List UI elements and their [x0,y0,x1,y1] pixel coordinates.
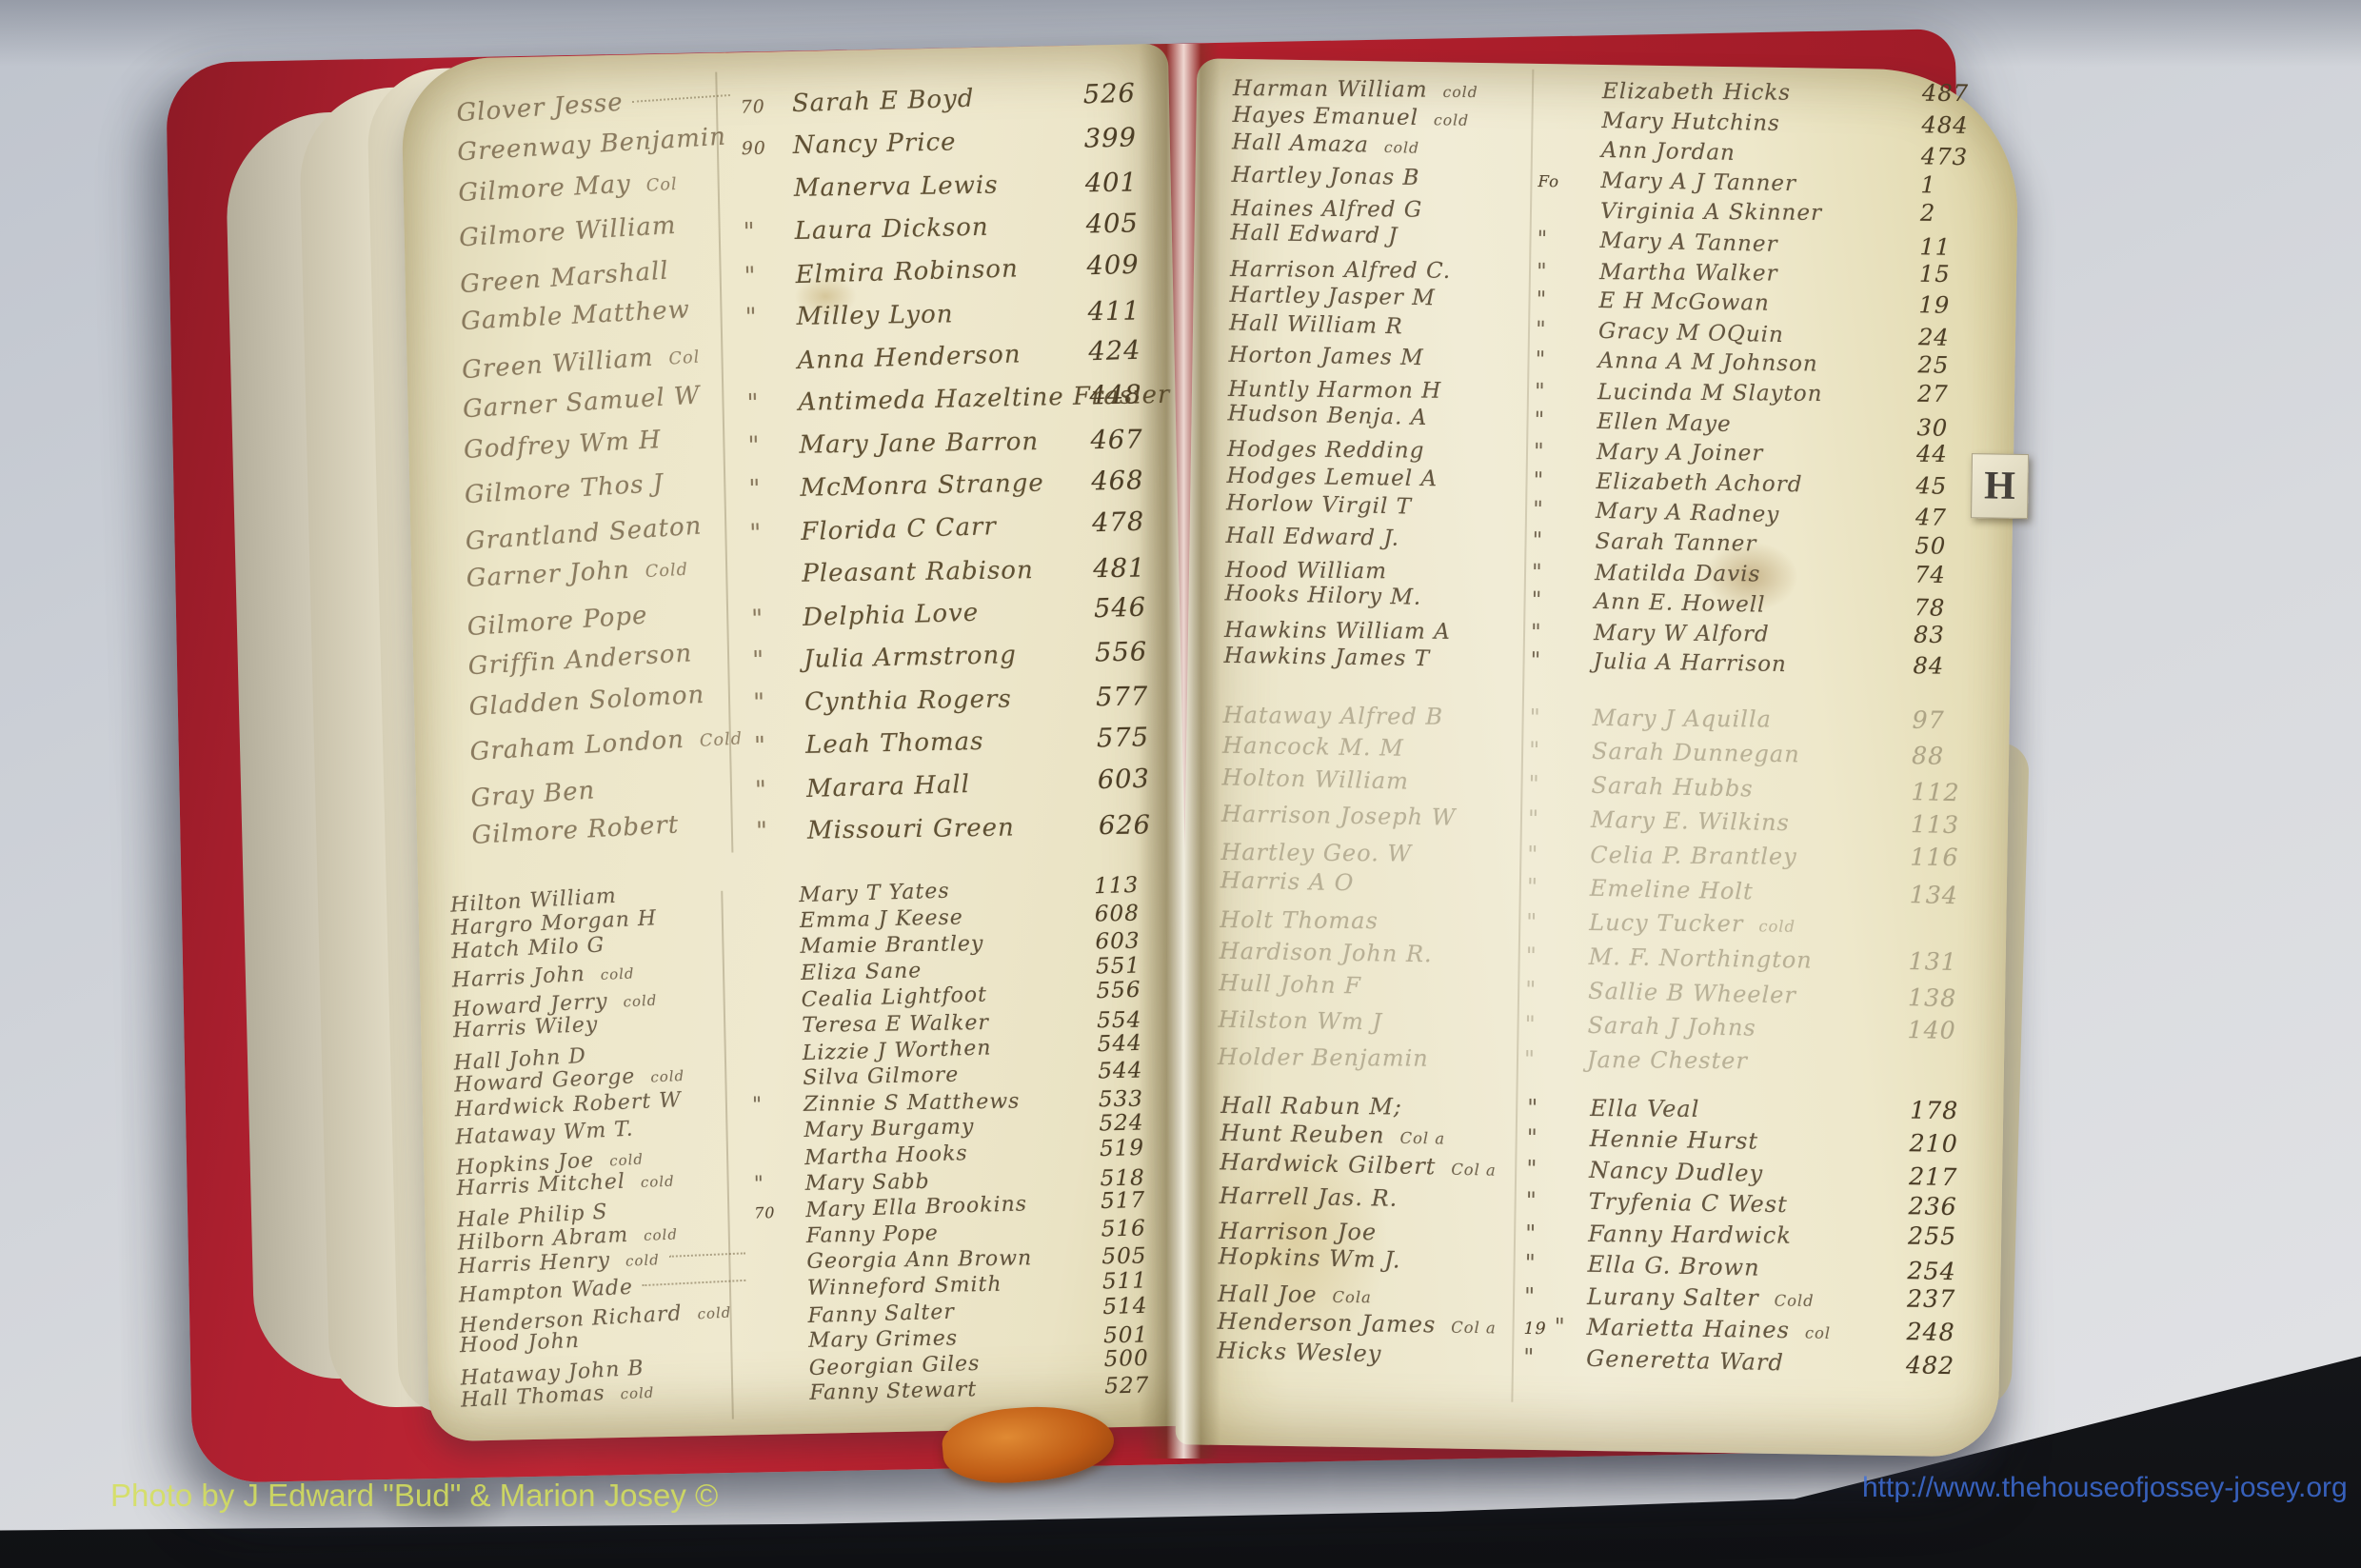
groom-name: Hopkins Wm J. [1218,1244,1400,1271]
groom-name: Hardwick Gilbert [1220,1150,1437,1178]
bride-cell: E H McGowan [1598,290,1918,317]
bride-name: Martha Hooks [804,1143,968,1169]
bride-cell: Virginia A Skinner [1600,201,1920,226]
bride-cell: Mary A J Tanner [1600,170,1920,197]
bride-name: Missouri Green [807,815,1015,843]
race-annotation: col [1805,1325,1831,1341]
groom-cell: Hunt ReubenCol a [1220,1121,1527,1149]
groom-name: Horlow Virgil T [1226,493,1412,519]
race-annotation: Cold [1775,1294,1815,1310]
groom-name: Hartley Geo. W [1220,841,1412,865]
groom-name: Hancock M. M [1222,734,1404,760]
bride-name: Matilda Davis [1595,563,1760,586]
bride-cell: Mary T Yates [799,877,1095,906]
groom-cell: Hardwick GilbertCol a [1220,1150,1526,1180]
groom-name: Gilmore May [458,171,632,206]
bride-cell: Lucinda M Slayton [1597,382,1917,407]
ditto-column: " [1528,772,1592,796]
bride-cell: McMonra Strange [800,470,1091,501]
bride-cell: Gracy M OQuin [1598,321,1918,349]
page-number: 78 [1914,596,2000,621]
bride-name: Emma J Keese [800,907,963,932]
groom-name: Hataway Alfred B [1223,704,1444,728]
groom-name: Garner John [466,558,630,591]
ditto-column [750,1032,802,1033]
ditto-mark: " [1530,650,1541,672]
ditto-mark: " [1554,1315,1565,1338]
bride-name: Mamie Brantley [800,934,983,958]
bride-cell: Ann Jordan [1601,140,1921,169]
ditto-mark: " [1526,1157,1538,1180]
bride-cell: Martha Hooks [804,1140,1101,1169]
ditto-column: " [748,476,801,502]
groom-cell: Hall JoeCola [1218,1282,1524,1308]
groom-name: Hall Edward J [1230,222,1398,248]
ditto-mark: " [1532,530,1543,552]
page-number: 473 [1921,145,2008,169]
ditto-column [751,1060,803,1062]
bride-cell: Sarah E Boyd [792,83,1084,116]
groom-name: Hawkins William A [1224,620,1451,644]
ditto-column [757,1322,808,1324]
ditto-mark: " [1527,875,1539,898]
page-number: 50 [1915,534,2000,559]
bride-cell: Fanny Stewart [809,1378,1104,1404]
bride-cell: Mary J Aquilla [1593,706,1913,732]
page-number: 2 [1920,202,2006,226]
leader-line [643,1280,746,1286]
ditto-mark: " [752,648,765,673]
bride-cell: Hennie Hurst [1590,1127,1910,1155]
bride-name: Elmira Robinson [795,256,1019,288]
groom-name: Harris A O [1220,868,1355,894]
page-number: 74 [1915,563,2000,586]
ditto-column [1538,218,1600,219]
ditto-mark: " [1527,1097,1538,1120]
bride-name: Sallie B Wheeler [1588,980,1796,1007]
bride-cell: Anna Henderson [797,340,1089,373]
bride-cell: Matilda Davis [1595,563,1915,587]
bride-cell: Missouri Green [807,814,1099,844]
groom-name: Hooks Hilory M. [1224,583,1421,609]
bride-cell: Generetta Ward [1586,1347,1906,1377]
page-number: 237 [1907,1287,1993,1312]
ditto-column: " [1531,622,1594,645]
ditto-column: " [1523,1345,1587,1369]
ditto-column: " [1527,1126,1590,1150]
groom-name: Hood John [459,1331,580,1357]
ditto-mark: " [1523,1345,1536,1368]
groom-cell: Hooks Hilory M. [1224,583,1531,611]
bride-name: Mary A Joiner [1597,442,1764,465]
ditto-column [1538,127,1601,128]
ditto-column: " [1534,409,1597,432]
groom-name: Horton James M [1228,345,1423,369]
ditto-mark: " [1533,500,1544,522]
ditto-mark: " [1524,1251,1537,1274]
race-annotation: Col a [1451,1162,1497,1179]
ditto-column [1539,98,1602,99]
ditto-mark: " [1531,589,1542,611]
bride-name: Manerva Lewis [794,173,999,201]
ditto-column: " [1525,978,1589,1002]
ditto-column: 70 [754,1204,805,1221]
bride-name: Mary A Radney [1596,501,1780,526]
bride-cell: Delphia Love [803,597,1095,630]
groom-cell: Holt Thomas [1220,908,1526,934]
groom-name: Glover Jesse [456,90,625,127]
page-number: 11 [1919,235,2006,260]
ditto-column: " [754,733,806,759]
ditto-column [753,1137,804,1138]
bride-cell: Cynthia Rogers [804,685,1096,715]
groom-cell: Hall Edward J. [1225,526,1532,552]
bride-cell: Mary Burgamy [804,1115,1099,1141]
ditto-column: " [1534,442,1597,465]
bride-cell: Celia P. Brantley [1590,844,1910,869]
ditto-column: " [755,777,807,804]
bride-name: Ann E. Howell [1594,591,1765,617]
groom-name: Harris Wiley [453,1015,599,1042]
bride-cell: Mary Jane Barron [799,428,1090,458]
ditto-column: " [1536,319,1598,342]
race-annotation: Cold [645,563,688,582]
ditto-mark: " [1532,562,1543,584]
bride-cell: Silva Gilmore [803,1062,1098,1089]
groom-name: Hartley Jonas B [1231,165,1419,189]
bride-name: Mary T Yates [799,882,950,907]
race-annotation: cold [650,1069,684,1085]
groom-cell: Hull John F [1219,971,1525,1001]
page-number: 131 [1908,949,1994,975]
groom-name: Harrison Alfred C. [1230,259,1451,283]
ditto-column: 90 [742,140,793,159]
groom-cell: Harrison Joseph W [1221,803,1528,830]
bride-name: Sarah Tanner [1595,531,1756,556]
leader-line [669,1253,745,1258]
ditto-column: " [1531,589,1594,612]
bride-cell: Sarah J Johns [1587,1014,1907,1042]
ditto-column [758,1375,809,1377]
ditto-column: " [756,819,807,844]
right-page: Harman WilliamcoldElizabeth Hicks487Haye… [1176,58,2020,1457]
bride-name: Mary E. Wilkins [1591,808,1790,834]
race-annotation: cold [697,1305,732,1321]
groom-cell: Hancock M. M [1222,734,1529,762]
bride-cell: Ann E. Howell [1594,591,1914,620]
bride-name: Marietta Haines [1586,1316,1790,1341]
race-annotation: cold [620,1386,654,1402]
bride-cell: Mary A Radney [1596,501,1915,529]
groom-name: Hartley Jasper M [1229,285,1436,309]
bride-name: Milley Lyon [796,302,953,328]
ditto-mark: " [1531,622,1542,644]
photo-credit-watermark: Photo by J Edward "Bud" & Marion Josey © [110,1478,718,1514]
page-number: 484 [1921,113,2007,138]
groom-name: Hicks Wesley [1217,1339,1382,1365]
ditto-column: " [1524,1013,1587,1037]
ditto-mark: " [1526,944,1538,967]
bride-cell: Cealia Lightfoot [801,982,1097,1012]
ditto-mark: " [747,433,760,458]
ditto-column [758,1399,809,1400]
groom-name: Green William [461,346,654,383]
race-annotation: cold [623,994,658,1010]
left-page-g-section: Glover Jesse70Sarah E Boyd526Greenway Be… [457,82,1178,867]
ditto-mark: " [1533,470,1544,492]
groom-cell: Hicks Wesley [1217,1339,1523,1368]
ditto-mark: " [1534,409,1545,431]
ditto-mark: " [756,819,768,844]
bride-cell: Mamie Brantley [800,933,1095,959]
book-gutter [1139,44,1220,1459]
race-annotation: Col a [1399,1131,1445,1147]
bride-name: Nancy Price [793,129,957,158]
groom-cell: Hayes Emanuelcold [1232,104,1538,130]
bride-name: Marara Hall [806,772,971,802]
race-annotation: Col [668,349,701,368]
race-annotation: cold [1384,140,1420,155]
margin-note: 70 [741,99,765,117]
bride-name: Laura Dickson [794,215,988,244]
bride-name: Lurany Salter [1587,1285,1759,1309]
bride-name: Georgia Ann Brown [806,1249,1032,1274]
leader-line [632,94,730,103]
groom-cell: Hall William R [1229,312,1536,341]
groom-name: Holton William [1221,765,1409,792]
bride-name: Lucinda M Slayton [1597,382,1823,406]
bride-cell: Sarah Dunnegan [1592,740,1912,767]
ditto-column: " [1526,911,1589,935]
groom-name: Harris Mitchel [456,1171,625,1200]
bride-name: Mary W Alford [1594,623,1770,645]
ditto-mark: " [749,521,763,546]
bride-name: Anna A M Johnson [1597,350,1818,376]
bride-name: Fanny Pope [806,1223,939,1247]
photo-scene: Glover Jesse70Sarah E Boyd526Greenway Be… [0,0,2361,1568]
bride-cell: Elizabeth Hicks [1602,81,1922,106]
race-annotation: cold [641,1174,675,1189]
ditto-column [749,980,801,981]
ditto-column: " [1524,1251,1588,1275]
bride-name: Mary Grimes [808,1329,958,1352]
ditto-column [749,953,801,954]
margin-note: 90 [742,141,766,159]
groom-cell: Hawkins James T [1223,645,1530,672]
ditto-mark: " [1536,289,1547,311]
bride-cell: Leah Thomas [805,726,1097,757]
bride-name: Elizabeth Achord [1596,471,1802,496]
ditto-column: " [1530,650,1593,673]
bride-name: Pleasant Rabison [802,558,1034,586]
ditto-column [748,927,800,928]
left-page-h-section: Hilton WilliamMary T Yates113Hargro Morg… [450,876,1188,1417]
groom-cell: Hood William [1225,560,1532,585]
groom-name: Hall Thomas [461,1383,606,1411]
page-number: 116 [1910,845,1995,870]
ditto-mark: " [1527,844,1538,866]
bride-name: Nancy Dudley [1589,1159,1763,1185]
ditto-mark: " [751,606,764,631]
bride-cell: Mary E. Wilkins [1591,808,1911,836]
ditto-mark: " [1537,261,1548,283]
race-annotation: Col [645,177,678,195]
bride-name: Ann Jordan [1601,140,1736,165]
bride-name: Sarah J Johns [1587,1014,1756,1040]
groom-name: Hataway Wm T. [455,1120,634,1149]
groom-name: Harris John [451,964,585,992]
ditto-column [756,1295,807,1296]
bride-cell: Elizabeth Achord [1596,471,1915,498]
page-number: 30 [1916,416,2003,441]
bride-cell: Ella G. Brown [1587,1253,1907,1282]
bride-name: Fanny Hardwick [1588,1222,1792,1247]
page-number [1909,933,1994,934]
groom-cell: Hall Edward J [1230,222,1537,250]
ditto-mark: " [754,734,767,759]
bride-name: Celia P. Brantley [1590,844,1797,868]
bride-cell: Milley Lyon [796,300,1087,329]
page-number: 487 [1922,82,2008,106]
groom-cell: Harris A O [1220,868,1527,898]
ditto-mark: " [1528,772,1540,795]
page-number: 83 [1914,623,1999,646]
ditto-column: " [1537,261,1599,284]
ditto-mark: " [1527,1126,1538,1149]
bride-cell: Julia A Harrison [1593,651,1913,678]
page-number: 140 [1907,1018,1993,1043]
groom-name: Hull John F [1219,971,1361,997]
bride-name: Lucy Tucker [1589,911,1743,935]
ditto-mark: " [743,220,756,245]
page-number: 210 [1909,1131,1994,1157]
ditto-mark: " [1525,978,1538,1001]
page-number: 134 [1910,883,1996,908]
ditto-column: " [752,1095,804,1117]
ditto-mark: " [746,391,760,416]
ditto-column: " [1533,500,1596,523]
groom-cell: Hartley Jonas B [1231,165,1538,191]
ditto-column: " [1528,807,1591,831]
right-page-faint-section: Hataway Alfred B"Mary J Aquilla97Hancock… [1218,699,1996,1088]
groom-name: Harrell Jas. R. [1220,1184,1399,1210]
bride-name: Mary A Tanner [1599,230,1777,256]
ditto-mark: " [1535,349,1546,371]
bride-name: Ella Veal [1590,1097,1699,1121]
groom-name: Hodges Redding [1227,439,1425,463]
groom-cell: Horlow Virgil T [1226,493,1533,522]
bride-cell: Fanny Pope [806,1220,1101,1246]
ditto-mark: " [744,264,757,288]
ditto-column [752,1084,804,1085]
race-annotation: cold [1434,112,1469,128]
groom-cell: Hartley Jasper M [1229,285,1536,311]
bride-name: Sarah Hubbs [1591,774,1754,801]
ditto-mark: " [1526,911,1538,934]
bride-name: Silva Gilmore [803,1065,959,1089]
groom-cell: Hartley Geo. W [1220,841,1527,866]
bride-cell: Laura Dickson [794,213,1085,244]
ditto-column [756,1268,807,1269]
ditto-column: " [1527,1097,1590,1121]
groom-cell: Harrell Jas. R. [1220,1184,1526,1212]
ditto-column: " [1525,1222,1588,1246]
ditto-column: " [1524,1047,1587,1071]
bride-cell: Mary Grimes [808,1326,1103,1352]
bride-name: Cynthia Rogers [804,687,1012,715]
bride-name: Sarah Dunnegan [1592,740,1800,765]
ditto-column: " [745,305,797,330]
page-number: 15 [1919,262,2005,286]
groom-cell: Huntly Harmon H [1228,379,1535,404]
bride-name: McMonra Strange [800,471,1044,501]
bride-name: Fanny Salter [807,1301,955,1326]
bride-name: Fanny Stewart [809,1380,977,1405]
ditto-column: " [743,219,795,245]
left-page: Glover Jesse70Sarah E Boyd526Greenway Be… [401,44,1197,1442]
groom-name: Hatch Milo G [451,936,605,963]
bride-name: Ella G. Brown [1587,1253,1759,1280]
bride-name: Leah Thomas [805,729,984,758]
ditto-column: " [746,390,799,416]
bride-cell: Jane Chester [1587,1048,1907,1074]
ditto-column: " [753,690,804,716]
bride-name: Martha Walker [1599,262,1778,285]
bride-cell: Winneford Smith [807,1272,1102,1299]
bride-cell: Lurany SalterCold [1587,1285,1907,1311]
right-page-top-section: Harman WilliamcoldElizabeth Hicks487Haye… [1223,72,2006,686]
groom-name: Harrison Joseph W [1221,803,1457,829]
ditto-column: " [1527,875,1591,899]
ditto-column: " [1532,562,1595,585]
ditto-column [743,196,794,197]
bride-name: Tryfenia C West [1588,1190,1787,1216]
groom-cell: Holton William [1221,765,1528,795]
race-annotation: cold [1443,85,1478,100]
page-number: 138 [1908,985,1994,1011]
ditto-mark: " [1525,1222,1537,1245]
bride-name: Florida C Carr [801,514,997,545]
page-number: 254 [1907,1259,1994,1284]
groom-name: Hardison John R. [1220,940,1433,966]
groom-cell: Hilston Wm J [1218,1008,1524,1036]
bride-cell: Ellen Maye [1597,410,1916,439]
groom-cell: Hopkins Wm J. [1218,1244,1524,1274]
groom-cell: Hall Rabun M; [1220,1094,1527,1120]
race-annotation: Cola [1333,1290,1372,1306]
bride-name: Anna Henderson [797,342,1022,373]
ditto-column: " [751,605,804,632]
groom-name: Hall William R [1229,312,1403,338]
bride-cell: Fanny Hardwick [1588,1222,1908,1248]
bride-cell: Sarah Hubbs [1591,774,1911,804]
ditto-mark: " [1526,1189,1538,1212]
bride-name: Mary A J Tanner [1600,170,1796,195]
ditto-column: " [749,520,802,546]
groom-name: Holt Thomas [1220,908,1379,932]
ditto-column [750,582,802,583]
ditto-column: 19" [1523,1315,1586,1339]
groom-cell: Hataway Alfred B [1223,704,1530,729]
groom-cell: Hodges Redding [1227,439,1534,464]
bride-cell: Nancy Dudley [1589,1159,1909,1188]
groom-name: Hodges Lemuel A [1226,466,1438,490]
groom-cell: Holder Benjamin [1218,1045,1524,1071]
page-number: 113 [1911,812,1996,838]
bride-cell: Georgia Ann Brown [806,1248,1101,1274]
bride-cell: Florida C Carr [801,511,1093,545]
bride-name: Mary Sabb [805,1171,930,1194]
